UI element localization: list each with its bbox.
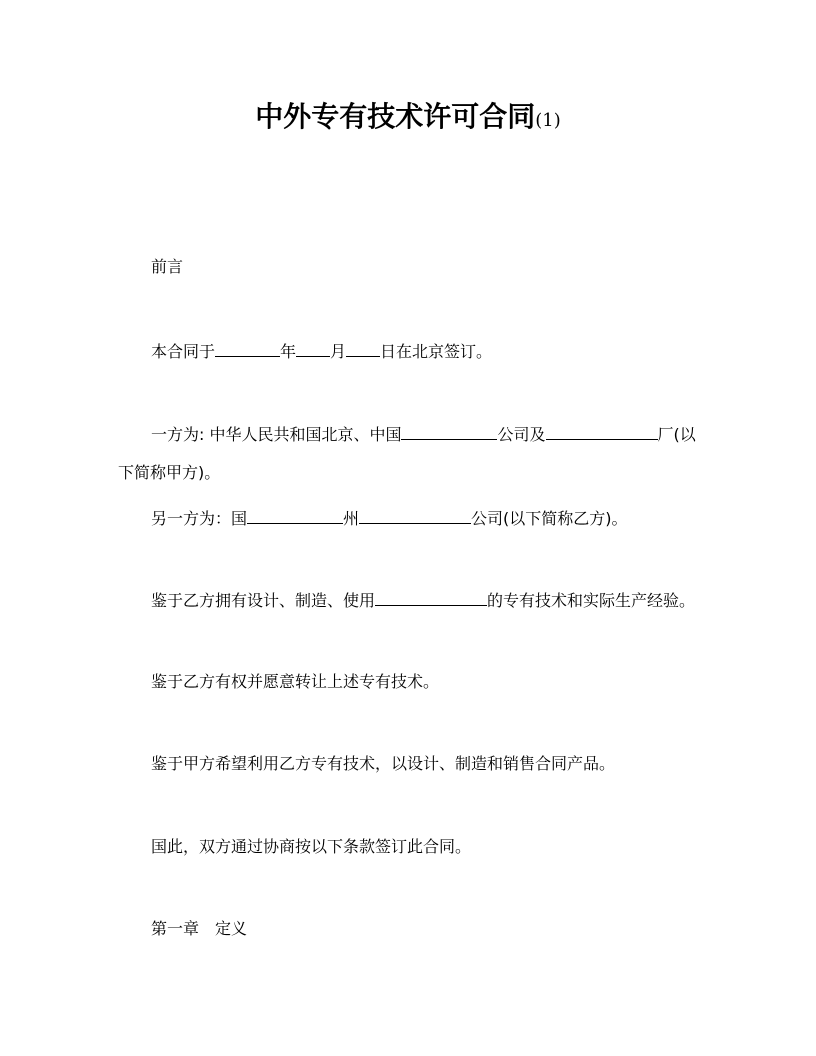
therefore-clause: 国此，双方通过协商按以下条款签订此合同。 bbox=[151, 837, 471, 857]
blank-day bbox=[346, 340, 380, 357]
text: 州 bbox=[343, 509, 359, 528]
text: 日在北京签订。 bbox=[380, 342, 492, 361]
text: 月 bbox=[330, 342, 346, 361]
text: 的专有技术和实际生产经验。 bbox=[487, 591, 695, 610]
text: 厂(以 bbox=[658, 425, 696, 444]
blank-year bbox=[215, 340, 280, 357]
whereas-3: 鉴于甲方希望利用乙方专有技术，以设计、制造和销售合同产品。 bbox=[151, 754, 615, 774]
chapter-1-heading: 第一章 定义 bbox=[151, 919, 247, 939]
document-title: 中外专有技术许可合同(1) bbox=[0, 97, 816, 141]
blank-company bbox=[401, 423, 497, 440]
whereas-2: 鉴于乙方有权并愿意转让上述专有技术。 bbox=[151, 672, 439, 692]
text: 公司(以下简称乙方)。 bbox=[471, 509, 628, 528]
party-b-line: 另一方为：国州公司(以下简称乙方)。 bbox=[151, 507, 628, 529]
blank-state bbox=[359, 507, 471, 524]
text: 一方为: 中华人民共和国北京、中国 bbox=[151, 425, 401, 444]
signing-date-line: 本合同于年月日在北京签订。 bbox=[151, 340, 492, 362]
party-a-line-2: 下简称甲方)。 bbox=[118, 463, 220, 483]
text: 另一方为：国 bbox=[151, 509, 247, 528]
text: 年 bbox=[280, 342, 296, 361]
whereas-1: 鉴于乙方拥有设计、制造、使用的专有技术和实际生产经验。 bbox=[151, 589, 695, 611]
party-a-line-1: 一方为: 中华人民共和国北京、中国公司及厂(以 bbox=[151, 423, 696, 445]
blank-country bbox=[247, 507, 343, 524]
blank-factory bbox=[546, 423, 658, 440]
text: 鉴于乙方拥有设计、制造、使用 bbox=[151, 591, 375, 610]
blank-technology bbox=[375, 589, 487, 606]
title-suffix: (1) bbox=[535, 110, 561, 131]
text: 公司及 bbox=[497, 425, 545, 444]
text: 本合同于 bbox=[151, 342, 215, 361]
preface-heading: 前言 bbox=[151, 257, 183, 277]
blank-month bbox=[296, 340, 330, 357]
title-text: 中外专有技术许可合同 bbox=[255, 100, 535, 133]
